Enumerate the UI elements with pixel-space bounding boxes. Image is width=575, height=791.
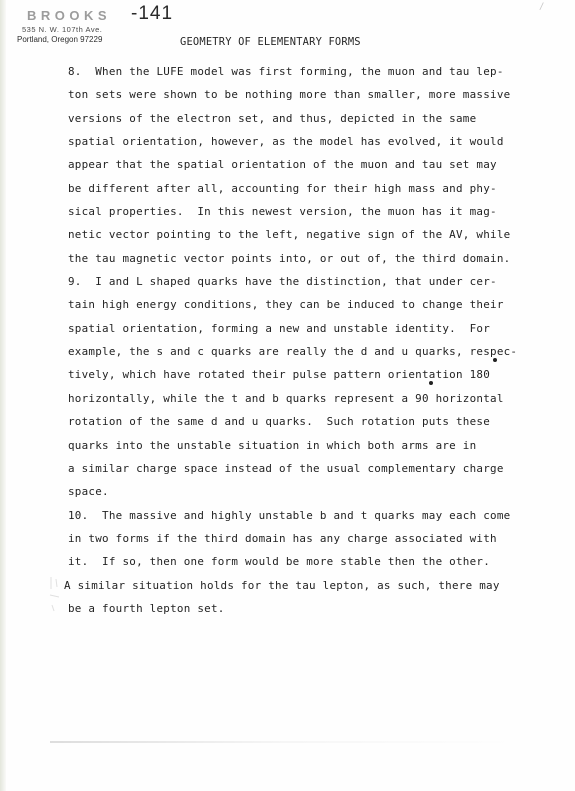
stamp-name: BROOKS [27, 9, 111, 22]
text-line: sical properties. In this newest version… [68, 200, 568, 223]
degree-mark-90 [429, 381, 433, 385]
text-line: be a fourth lepton set. [68, 597, 568, 620]
document-body: 8. When the LUFE model was first forming… [68, 60, 568, 620]
text-line: horizontally, while the t and b quarks r… [68, 387, 568, 410]
degree-mark-180 [493, 358, 497, 362]
corner-mark: ∕ [539, 2, 544, 12]
text-line: tively, which have rotated their pulse p… [68, 363, 568, 386]
text-line: quarks into the unstable situation in wh… [68, 434, 568, 457]
text-line: netic vector pointing to the left, negat… [68, 223, 568, 246]
stamp-city: Portland, Oregon 97229 [17, 36, 102, 44]
scan-smudge [50, 741, 520, 743]
scan-edge-shadow [0, 0, 6, 791]
text-line: spatial orientation, however, as the mod… [68, 130, 568, 153]
text-line: be different after all, accounting for t… [68, 177, 568, 200]
page-title: GEOMETRY OF ELEMENTARY FORMS [180, 36, 361, 48]
text-line: a similar charge space instead of the us… [68, 457, 568, 480]
text-line: versions of the electron set, and thus, … [68, 107, 568, 130]
text-line: the tau magnetic vector points into, or … [68, 247, 568, 270]
document-number: -141 [131, 4, 173, 23]
text-line: 8. When the LUFE model was first forming… [68, 60, 568, 83]
document-page: ∕ BROOKS -141 535 N. W. 107th Ave. Portl… [0, 0, 575, 791]
text-line: spatial orientation, forming a new and u… [68, 317, 568, 340]
text-line: tain high energy conditions, they can be… [68, 293, 568, 316]
margin-pencil-marks [48, 575, 62, 615]
text-line: in two forms if the third domain has any… [68, 527, 568, 550]
text-line: 10. The massive and highly unstable b an… [68, 504, 568, 527]
text-line: 9. I and L shaped quarks have the distin… [68, 270, 568, 293]
stamp-street: 535 N. W. 107th Ave. [22, 26, 102, 34]
text-line: space. [68, 480, 568, 503]
text-line: appear that the spatial orientation of t… [68, 153, 568, 176]
text-line: A similar situation holds for the tau le… [64, 574, 568, 597]
text-line: rotation of the same d and u quarks. Suc… [68, 410, 568, 433]
text-line: it. If so, then one form would be more s… [68, 550, 568, 573]
text-line: ton sets were shown to be nothing more t… [68, 83, 568, 106]
